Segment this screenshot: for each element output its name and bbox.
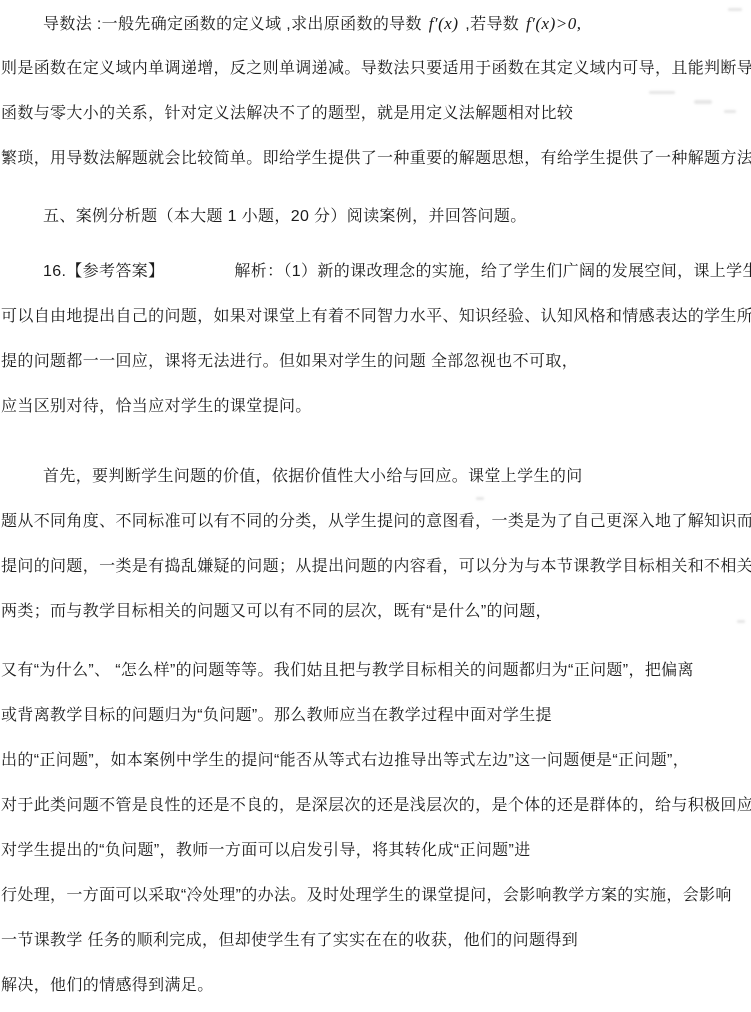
intro-line-4: 繁琐，用导数法解题就会比较简单。即给学生提供了一种重要的解题思想，有给学生提供了…: [1, 136, 751, 181]
derivative-positive-formula: f′(x)>0,: [524, 14, 584, 33]
first-point-line-3: 提问的问题，一类是有捣乱嫌疑的问题；从提出问题的内容看，可以分为与本节课教学目标…: [1, 544, 751, 589]
answer-line-1: 16.【参考答案】解析：（1）新的课改理念的实施，给了学生们广阔的发展空间，课上…: [1, 249, 751, 294]
continued-line-5: 对学生提出的“负问题”，教师一方面可以启发引导，将其转化成“正问题”进: [1, 828, 751, 873]
first-point-line-4: 两类；而与教学目标相关的问题又可以有不同的层次，既有“是什么”的问题，: [1, 589, 751, 634]
answer-line-1-rest: 解析：（1）新的课改理念的实施，给了学生们广阔的发展空间，课上学生: [234, 263, 751, 280]
intro-line-2: 则是函数在定义域内单调递增，反之则单调递减。导数法只要适用于函数在其定义域内可导…: [1, 46, 751, 91]
document-page: 导数法 :一般先确定函数的定义域 ,求出原函数的导数 f′(x) ,若导数 f′…: [1, 1, 751, 1008]
continued-line-3: 出的“正问题”，如本案例中学生的提问“能否从等式右边推导出等式左边”这一问题便是…: [1, 738, 751, 783]
continued-line-6: 行处理，一方面可以采取“冷处理”的办法。及时处理学生的课堂提问，会影响教学方案的…: [1, 873, 751, 918]
continued-line-2: 或背离教学目标的问题归为“负问题”。那么教师应当在教学过程中面对学生提: [1, 693, 751, 738]
answer-number-label: 16.【参考答案】: [43, 263, 164, 280]
continued-line-4: 对于此类问题不管是良性的还是不良的，是深层次的还是浅层次的，是个体的还是群体的，…: [1, 783, 751, 828]
intro-line-1-mid: ,若导数: [461, 16, 524, 33]
answer-line-3: 提的问题都一一回应，课将无法进行。但如果对学生的问题 全部忽视也不可取，: [1, 339, 751, 384]
derivative-formula: f′(x): [427, 14, 461, 33]
section-heading: 五、案例分析题（本大题 1 小题，20 分）阅读案例，并回答问题。: [1, 194, 751, 239]
continued-line-1: 又有“为什么”、 “怎么样”的问题等等。我们姑且把与教学目标相关的问题都归为“正…: [1, 648, 751, 693]
intro-line-1: 导数法 :一般先确定函数的定义域 ,求出原函数的导数 f′(x) ,若导数 f′…: [1, 1, 751, 46]
answer-line-4: 应当区别对待，恰当应对学生的课堂提问。: [1, 384, 751, 429]
intro-line-3: 函数与零大小的关系，针对定义法解决不了的题型，就是用定义法解题相对比较: [1, 91, 751, 136]
intro-line-1-pre: 导数法 :一般先确定函数的定义域 ,求出原函数的导数: [43, 16, 427, 33]
continued-line-7: 一节课教学 任务的顺利完成，但却使学生有了实实在在的收获，他们的问题得到: [1, 918, 751, 963]
first-point-line-1: 首先，要判断学生问题的价值，依据价值性大小给与回应。课堂上学生的问: [1, 454, 751, 499]
continued-line-8: 解决，他们的情感得到满足。: [1, 963, 751, 1008]
answer-line-2: 可以自由地提出自己的问题，如果对课堂上有着不同智力水平、知识经验、认知风格和情感…: [1, 294, 751, 339]
first-point-line-2: 题从不同角度、不同标准可以有不同的分类，从学生提问的意图看，一类是为了自己更深入…: [1, 499, 751, 544]
answer-label-gap: [164, 275, 234, 276]
